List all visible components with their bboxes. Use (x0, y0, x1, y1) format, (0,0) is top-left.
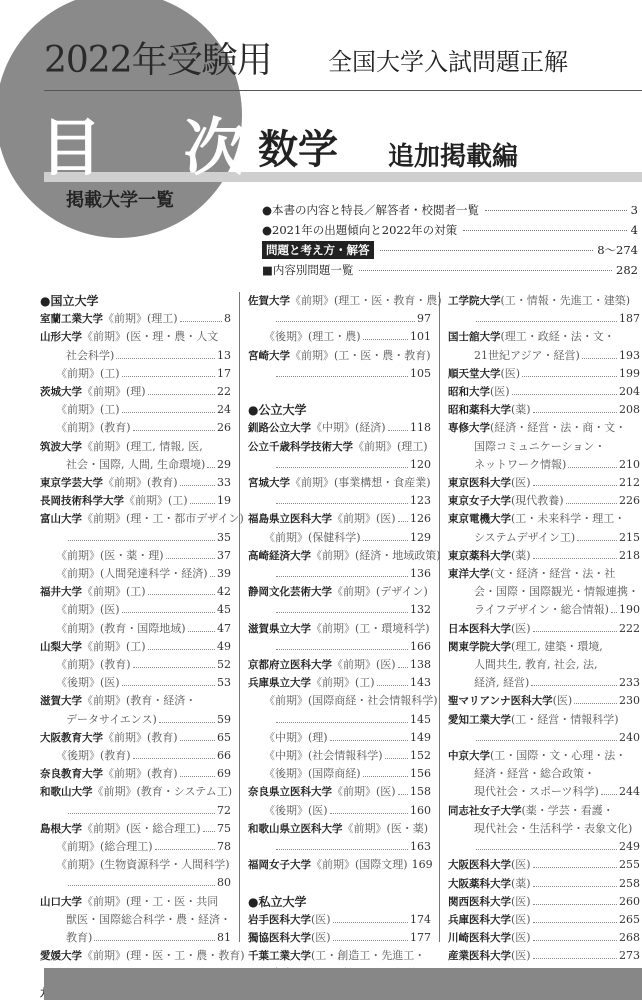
univ-list-title: 掲載大学一覧 (66, 186, 174, 212)
entry-univ: 滋賀県立大学 (248, 620, 311, 638)
toc-entry[interactable]: 166 (248, 638, 431, 656)
entry-page: 226 (619, 492, 640, 510)
entry-univ: 奈良県立医科大学 (248, 783, 332, 801)
toc-entry[interactable]: 東京女子大学(現代教養)226 (448, 492, 640, 510)
entry-univ: 東京薬科大学 (448, 547, 511, 565)
entry-detail: 獣医・国際総合科学・農・経済・ (66, 911, 231, 929)
entry-univ: 大阪医科大学 (448, 856, 511, 874)
leader-dots (133, 747, 215, 759)
toc-entry[interactable]: 昭和大学(医)204 (448, 383, 640, 401)
entry-page: 222 (619, 620, 640, 638)
leader-dots (122, 365, 215, 377)
toc-entry[interactable]: データサイエンス)59 (40, 711, 231, 729)
entry-univ: 順天堂大学 (448, 365, 501, 383)
entry-detail: (工・経営・情報科学) (511, 711, 619, 729)
entry-detail: 《前期》(医・薬) (343, 820, 429, 838)
entry-univ: 専修大学 (448, 419, 490, 437)
subject-title: 数学 (258, 118, 338, 175)
toc-entry[interactable]: 佐賀大学《前期》(理工・医・教育・農) (248, 292, 431, 310)
toc-entry[interactable]: 136 (248, 565, 431, 583)
toc-entry[interactable]: 東京電機大学(工・未来科学・理工・ (448, 510, 640, 528)
entry-univ: 昭和大学 (448, 383, 490, 401)
entry-page: 53 (217, 674, 231, 692)
leader-dots (611, 601, 617, 613)
leader-dots (122, 601, 215, 613)
entry-page: 265 (619, 911, 640, 929)
toc-entry[interactable]: 福岡女子大学《前期》(国際文理)169 (248, 856, 431, 874)
toc-entry[interactable]: 大阪医科大学(医)255 (448, 856, 640, 874)
entry-detail: 《後期》(理工・農) (264, 328, 361, 346)
entry-detail: 《前期》(教育・経済・ (82, 692, 196, 710)
entry-univ: 福井大学 (40, 583, 82, 601)
entry-detail: 《前期》(理) (82, 383, 146, 401)
toc-entry[interactable]: 日本医科大学(医)222 (448, 620, 640, 638)
entry-page: 240 (619, 729, 640, 747)
entry-detail: 《前期》(工・医・農・教育) (290, 347, 431, 365)
entry-page: 208 (619, 401, 640, 419)
toc-entry[interactable]: 105 (248, 365, 431, 383)
toc-entry[interactable]: 大阪薬科大学(薬)258 (448, 875, 640, 893)
toc-entry[interactable]: 産業医科大学(医)273 (448, 947, 640, 965)
entry-page: 218 (619, 547, 640, 565)
entry-detail: 《前期》(工) (82, 583, 146, 601)
entry-detail: (工・情報・先進工・建築) (501, 292, 631, 310)
toc-entry[interactable]: 室蘭工業大学《前期》(理工)8 (40, 310, 231, 328)
entry-detail: 社会・国際, 人間, 生命環境) (66, 456, 205, 474)
entry-detail: 経済・経営・総合政策・ (474, 765, 595, 783)
toc-entry[interactable]: 滋賀大学《前期》(教育・経済・ (40, 692, 231, 710)
toc-entry[interactable]: 専修大学(経済・経営・法・商・文・ (448, 419, 640, 437)
toc-entry[interactable]: 21世紀アジア・経営)193 (448, 347, 640, 365)
leader-dots (388, 419, 408, 431)
toc-entry[interactable]: 現代社会・生活科学・表象文化) (448, 820, 640, 838)
leader-dots (359, 269, 612, 271)
entry-detail: 《後期》(医) (56, 674, 120, 692)
toc-entry[interactable]: 《前期》(教育)26 (40, 419, 231, 437)
entry-page: 156 (410, 765, 431, 783)
leader-dots (377, 674, 408, 686)
entry-detail: 《前期》(医) (56, 601, 120, 619)
entry-detail: ネットワーク情報) (474, 456, 566, 474)
bottom-band (44, 968, 642, 1000)
toc-label: ●本書の内容と特長／解答者・校閲者一覧 (262, 202, 479, 218)
entry-detail: (工・国際・文・心理・法・ (490, 747, 626, 765)
series-title: 全国大学入試問題正解 (328, 42, 568, 77)
toc-entry[interactable]: 《後期》(医)160 (248, 802, 431, 820)
entry-detail: 《後期》(医) (264, 802, 328, 820)
entry-univ: 和歌山大学 (40, 783, 93, 801)
leader-dots (148, 383, 215, 395)
leader-dots (574, 692, 617, 704)
toc-entry[interactable]: 愛知工業大学(工・経営・情報科学) (448, 711, 640, 729)
toc-entry[interactable]: 長岡技術科学大学《前期》(工)19 (40, 492, 231, 510)
entry-page: 42 (217, 583, 231, 601)
toc-entry[interactable]: 兵庫医科大学(医)265 (448, 911, 640, 929)
toc-entry[interactable]: 岩手医科大学(医)174 (248, 911, 431, 929)
toc-entry[interactable]: 《前期》(生物資源科学・人間科学) (40, 856, 231, 874)
entry-page: 260 (619, 893, 640, 911)
leader-dots (582, 347, 617, 359)
header-rule (44, 90, 642, 91)
entry-page: 105 (410, 365, 431, 383)
toc-entry[interactable]: 関西医科大学(医)260 (448, 893, 640, 911)
entry-detail: 《前期》(工) (82, 638, 146, 656)
entry-univ: 大阪教育大学 (40, 729, 103, 747)
entry-detail: 《前期》(医) (332, 783, 396, 801)
toc-entry[interactable]: 獨協医科大学(医)177 (248, 929, 431, 947)
entry-detail: システムデザイン工) (474, 529, 575, 547)
entry-page: 177 (410, 929, 431, 947)
entry-page: 132 (410, 601, 431, 619)
entry-page: 45 (217, 601, 231, 619)
leader-dots (122, 401, 215, 413)
toc-entry[interactable]: 《前期》(教育)52 (40, 656, 231, 674)
toc-entry[interactable]: ネットワーク情報)210 (448, 456, 640, 474)
toc-entry[interactable]: システムデザイン工)215 (448, 529, 640, 547)
leader-dots (577, 529, 617, 541)
toc-entry[interactable]: 《前期》(総合理工)78 (40, 838, 231, 856)
toc-entry[interactable]: 東京学芸大学《前期》(教育)33 (40, 474, 231, 492)
entry-univ: 東京電機大学 (448, 510, 511, 528)
leader-dots (330, 802, 408, 814)
toc-entry[interactable]: 富山大学《前期》(理・工・都市デザイン) (40, 510, 231, 528)
entry-page: 258 (619, 875, 640, 893)
leader-dots (566, 492, 617, 504)
toc-entry[interactable]: 大阪教育大学《前期》(教育)65 (40, 729, 231, 747)
leader-dots (188, 620, 215, 632)
entry-detail: 《前期》(理工, 情報, 医, (82, 438, 203, 456)
toc-entry[interactable]: 《前期》(保健科学)129 (248, 529, 431, 547)
entry-detail: (工・未来科学・理工・ (511, 510, 625, 528)
entry-univ: 大阪薬科大学 (448, 875, 511, 893)
toc-entry[interactable]: 福井大学《前期》(工)42 (40, 583, 231, 601)
entry-detail: (医) (511, 929, 531, 947)
toc-entry[interactable]: 和歌山県立医科大学《前期》(医・薬) (248, 820, 431, 838)
toc-row[interactable]: ●本書の内容と特長／解答者・校閲者一覧3 (262, 200, 638, 220)
entry-univ: 聖マリアンナ医科大学 (448, 692, 553, 710)
entry-page: 37 (217, 547, 231, 565)
toc-entry[interactable]: 昭和薬科大学(薬)208 (448, 401, 640, 419)
entry-detail: 《前期》(保健科学) (264, 529, 361, 547)
entry-univ: 佐賀大学 (248, 292, 290, 310)
leader-dots (203, 820, 215, 832)
toc-entry[interactable]: 社会・国際, 人間, 生命環境)29 (40, 456, 231, 474)
toc-entry[interactable]: 筑波大学《前期》(理工, 情報, 医, (40, 438, 231, 456)
entry-detail: 《前期》(国際文理) (311, 856, 408, 874)
entry-detail: (医) (311, 911, 331, 929)
leader-dots (180, 474, 215, 486)
entry-univ: 長岡技術科学大学 (40, 492, 124, 510)
spacer (248, 874, 431, 892)
entry-page: 143 (410, 674, 431, 692)
toc-entry[interactable]: 京都府立医科大学《前期》(医)138 (248, 656, 431, 674)
leader-dots (180, 765, 215, 777)
toc-entry[interactable]: 249 (448, 838, 640, 856)
toc-entry[interactable]: 兵庫県立大学《前期》(工)143 (248, 674, 431, 692)
entry-detail: 経済, 経営) (474, 674, 529, 692)
toc-entry[interactable]: 川崎医科大学(医)268 (448, 929, 640, 947)
leader-dots (398, 783, 408, 795)
toc-entry[interactable]: 教育)81 (40, 929, 231, 947)
entry-detail: 《前期》(教育) (103, 729, 178, 747)
toc-entry[interactable]: 《後期》(教育)66 (40, 747, 231, 765)
toc-entry[interactable]: 《前期》(国際商経・社会情報科学) (248, 692, 431, 710)
page-title: 目 次 (40, 98, 276, 187)
toc-row[interactable]: ■内容別問題一覧282 (262, 260, 638, 280)
entry-page: 136 (410, 565, 431, 583)
entry-detail: 《前期》(教育・システム工) (93, 783, 232, 801)
entry-detail: 《中期》(経済) (311, 419, 386, 437)
entry-detail: 《前期》(工・環境科学) (311, 620, 430, 638)
leader-dots (276, 838, 408, 850)
entry-page: 35 (217, 529, 231, 547)
entry-detail: 《中期》(社会情報科学) (264, 747, 383, 765)
toc-entry[interactable]: 釧路公立大学《中期》(経済)118 (248, 419, 431, 437)
leader-dots (533, 856, 617, 868)
leader-dots (133, 656, 215, 668)
toc-entry[interactable]: 国士舘大学(理工・政経・法・文・ (448, 328, 640, 346)
leader-dots (133, 419, 215, 431)
entry-page: 169 (412, 856, 433, 874)
entry-page: 129 (410, 529, 431, 547)
toc-entry[interactable]: 関東学院大学(理工, 建築・環境, (448, 638, 640, 656)
toc-entry[interactable]: 奈良県立医科大学《前期》(医)158 (248, 783, 431, 801)
entry-detail: 《前期》(理・工・都市デザイン) (82, 510, 244, 528)
leader-dots (363, 765, 408, 777)
toc-entry[interactable]: 《後期》(理工・農)101 (248, 328, 431, 346)
entry-page: 29 (217, 456, 231, 474)
entry-detail: 《中期》(理) (264, 729, 328, 747)
entry-univ: 国士舘大学 (448, 328, 501, 346)
leader-dots (210, 565, 215, 577)
entry-page: 123 (410, 492, 431, 510)
toc-row[interactable]: 問題と考え方・解答8～274 (262, 240, 638, 260)
leader-dots (522, 365, 617, 377)
entry-univ: 筑波大学 (40, 438, 82, 456)
entry-page: 26 (217, 419, 231, 437)
entry-detail: 現代社会・生活科学・表象文化) (474, 820, 632, 838)
entry-detail: (薬) (511, 401, 531, 419)
toc-entry[interactable]: 福島県立医科大学《前期》(医)126 (248, 510, 431, 528)
entry-detail: (医) (511, 893, 531, 911)
toc-entry[interactable]: 聖マリアンナ医科大学(医)230 (448, 692, 640, 710)
toc-entry[interactable]: 《前期》(工)24 (40, 401, 231, 419)
entry-detail: 《前期》(医) (332, 656, 396, 674)
leader-dots (485, 209, 627, 211)
entry-detail: 会・国際・国際観光・情報連携・ (474, 583, 639, 601)
toc-entry[interactable]: 《前期》(工)17 (40, 365, 231, 383)
entry-page: 66 (217, 747, 231, 765)
toc-entry[interactable]: 獣医・国際総合科学・農・経済・ (40, 911, 231, 929)
leader-dots (166, 547, 215, 559)
entry-detail: 国際コミュニケーション・ (474, 438, 605, 456)
toc-entry[interactable]: 会・国際・国際観光・情報連携・ (448, 583, 640, 601)
toc-entry[interactable]: 72 (40, 802, 231, 820)
leader-dots (148, 638, 215, 650)
toc-entry[interactable]: 滋賀県立大学《前期》(工・環境科学) (248, 620, 431, 638)
leader-dots (159, 711, 215, 723)
entry-univ: 釧路公立大学 (248, 419, 311, 437)
entry-univ: 関東学院大学 (448, 638, 511, 656)
toc-entry[interactable]: 97 (248, 310, 431, 328)
toc-entry[interactable]: 公立千歳科学技術大学《前期》(理工) (248, 438, 431, 456)
toc-entry[interactable]: 順天堂大学(医)199 (448, 365, 640, 383)
toc-entry[interactable]: 《前期》(医・薬・理)37 (40, 547, 231, 565)
entry-univ: 和歌山県立医科大学 (248, 820, 343, 838)
leader-dots (533, 474, 617, 486)
toc-entry[interactable]: 工学院大学(工・情報・先進工・建築) (448, 292, 640, 310)
entry-list: 工学院大学(工・情報・先進工・建築)187国士舘大学(理工・政経・法・文・21世… (448, 292, 640, 966)
entry-detail: (理工, 建築・環境, (511, 638, 603, 656)
leader-dots (276, 638, 408, 650)
toc-entry[interactable]: 茨城大学《前期》(理)22 (40, 383, 231, 401)
toc-entry[interactable]: 《後期》(医)53 (40, 674, 231, 692)
entry-page: 17 (217, 365, 231, 383)
toc-entry[interactable]: 山形大学《前期》(医・理・農・人文 (40, 328, 231, 346)
toc-entry[interactable]: 静岡文化芸術大学《前期》(デザイン) (248, 583, 431, 601)
toc-entry[interactable]: 240 (448, 729, 640, 747)
leader-dots (94, 929, 215, 941)
leader-dots (476, 310, 617, 322)
toc-entry[interactable]: 123 (248, 492, 431, 510)
toc-entry[interactable]: 35 (40, 529, 231, 547)
entry-univ: 中京大学 (448, 747, 490, 765)
toc-entry[interactable]: 奈良教育大学《前期》(教育)69 (40, 765, 231, 783)
entry-page: 49 (217, 638, 231, 656)
leader-dots (533, 893, 617, 905)
leader-dots (276, 565, 408, 577)
toc-entry[interactable]: 187 (448, 310, 640, 328)
entry-page: 233 (619, 674, 640, 692)
entry-page: 59 (217, 711, 231, 729)
entry-detail: (薬・学芸・看護・ (522, 802, 614, 820)
toc-entry[interactable]: 145 (248, 711, 431, 729)
entry-univ: 同志社女子大学 (448, 802, 522, 820)
entry-detail: ライフデザイン・総合情報) (474, 601, 609, 619)
entry-page: 80 (217, 874, 231, 892)
entry-univ: 関西医科大学 (448, 893, 511, 911)
entry-univ: 宮崎大学 (248, 347, 290, 365)
entry-page: 120 (410, 456, 431, 474)
leader-dots (476, 729, 617, 741)
toc-entry[interactable]: 経済, 経営)233 (448, 674, 640, 692)
toc-entry[interactable]: 《中期》(理)149 (248, 729, 431, 747)
entry-univ: 獨協医科大学 (248, 929, 311, 947)
toc-entry[interactable]: 国際コミュニケーション・ (448, 438, 640, 456)
entry-page: 13 (217, 347, 231, 365)
toc-entry[interactable]: 東京薬科大学(薬)218 (448, 547, 640, 565)
entry-detail: 《前期》(理・医・工・農・教育) (82, 947, 245, 965)
toc-entry[interactable]: 山口大学《前期》(理・工・医・共同 (40, 893, 231, 911)
leader-dots (155, 838, 215, 850)
entry-detail: (医) (490, 383, 510, 401)
entry-detail: (医) (511, 620, 531, 638)
toc-entry[interactable]: 《前期》(医)45 (40, 601, 231, 619)
toc-entry[interactable]: 社会科学)13 (40, 347, 231, 365)
entry-univ: 奈良教育大学 (40, 765, 103, 783)
leader-dots (385, 747, 408, 759)
entry-detail: 《前期》(デザイン) (332, 583, 428, 601)
toc-entry[interactable]: 中京大学(工・国際・文・心理・法・ (448, 747, 640, 765)
toc-entry[interactable]: 132 (248, 601, 431, 619)
toc-entry[interactable]: 同志社女子大学(薬・学芸・看護・ (448, 802, 640, 820)
edition-title: 追加掲載編 (388, 136, 518, 173)
toc-entry[interactable]: 和歌山大学《前期》(教育・システム工) (40, 783, 231, 801)
entry-page: 69 (217, 765, 231, 783)
entry-detail: データサイエンス) (66, 711, 157, 729)
toc-entry[interactable]: 経済・経営・総合政策・ (448, 765, 640, 783)
leader-dots (533, 911, 617, 923)
toc-entry[interactable]: 《中期》(社会情報科学)152 (248, 747, 431, 765)
toc-entry[interactable]: ライフデザイン・総合情報)190 (448, 601, 640, 619)
entry-univ: 山口大学 (40, 893, 82, 911)
entry-detail: 《前期》(教育) (103, 474, 178, 492)
entry-list: 佐賀大学《前期》(理工・医・教育・農)97《後期》(理工・農)101宮崎大学《前… (248, 292, 431, 383)
leader-dots (398, 510, 408, 522)
toc-entry[interactable]: 千葉工業大学(工・創造工・先進工・ (248, 947, 431, 965)
toc-entry[interactable]: 《前期》(人間発達科学・経済)39 (40, 565, 231, 583)
toc-entry[interactable]: 人間共生, 教育, 社会, 法, (448, 656, 640, 674)
entry-list: 室蘭工業大学《前期》(理工)8山形大学《前期》(医・理・農・人文社会科学)13《… (40, 310, 231, 1000)
leader-dots (533, 401, 617, 413)
leader-dots (398, 656, 408, 668)
toc-entry[interactable]: 東京医科大学(医)212 (448, 474, 640, 492)
toc-entry[interactable]: 高崎経済大学《前期》(経済・地域政策) (248, 547, 431, 565)
leader-dots (333, 929, 408, 941)
entry-page: 118 (410, 419, 431, 437)
leader-dots (601, 783, 617, 795)
toc-entry[interactable]: 愛媛大学《前期》(理・医・工・農・教育) (40, 947, 231, 965)
section-private: ●私立大学 (248, 893, 431, 911)
university-columns: ●国立大学 室蘭工業大学《前期》(理工)8山形大学《前期》(医・理・農・人文社会… (40, 292, 640, 942)
leader-dots (276, 456, 408, 468)
entry-detail: 《前期》(工) (124, 492, 188, 510)
entry-page: 145 (410, 711, 431, 729)
entry-detail: (現代教養) (511, 492, 564, 510)
toc-entry[interactable]: 宮崎大学《前期》(工・医・農・教育) (248, 347, 431, 365)
toc-entry[interactable]: 80 (40, 874, 231, 892)
toc-entry[interactable]: 120 (248, 456, 431, 474)
entry-page: 52 (217, 656, 231, 674)
toc-entry[interactable]: 山梨大学《前期》(工)49 (40, 638, 231, 656)
entry-page: 255 (619, 856, 640, 874)
toc-entry[interactable]: 《後期》(国際商経)156 (248, 765, 431, 783)
entry-detail: 《前期》(工) (56, 365, 120, 383)
entry-page: 204 (619, 383, 640, 401)
toc-entry[interactable]: 163 (248, 838, 431, 856)
entry-page: 47 (217, 620, 231, 638)
leader-dots (533, 947, 617, 959)
entry-univ: 富山大学 (40, 510, 82, 528)
entry-detail: (理工・政経・法・文・ (501, 328, 615, 346)
entry-univ: 福島県立医科大学 (248, 510, 332, 528)
entry-detail: 人間共生, 教育, 社会, 法, (474, 656, 597, 674)
toc-entry[interactable]: 宮城大学《前期》(事業構想・食産業) (248, 474, 431, 492)
toc-entry[interactable]: 現代社会・スポーツ科学)244 (448, 783, 640, 801)
toc-entry[interactable]: 東洋大学(文・経済・経営・法・社 (448, 565, 640, 583)
entry-page: 160 (410, 802, 431, 820)
entry-page: 97 (417, 310, 431, 328)
toc-entry[interactable]: 島根大学《前期》(医・総合理工)75 (40, 820, 231, 838)
entry-page: 19 (217, 492, 231, 510)
toc-summary: ●本書の内容と特長／解答者・校閲者一覧3 ●2021年の出題傾向と2022年の対… (262, 200, 638, 280)
toc-entry[interactable]: 《前期》(教育・国際地域)47 (40, 620, 231, 638)
entry-univ: 川崎医科大学 (448, 929, 511, 947)
entry-page: 230 (619, 692, 640, 710)
toc-row[interactable]: ●2021年の出題傾向と2022年の対策4 (262, 220, 638, 240)
entry-page: 249 (619, 838, 640, 856)
entry-univ: 室蘭工業大学 (40, 310, 103, 328)
